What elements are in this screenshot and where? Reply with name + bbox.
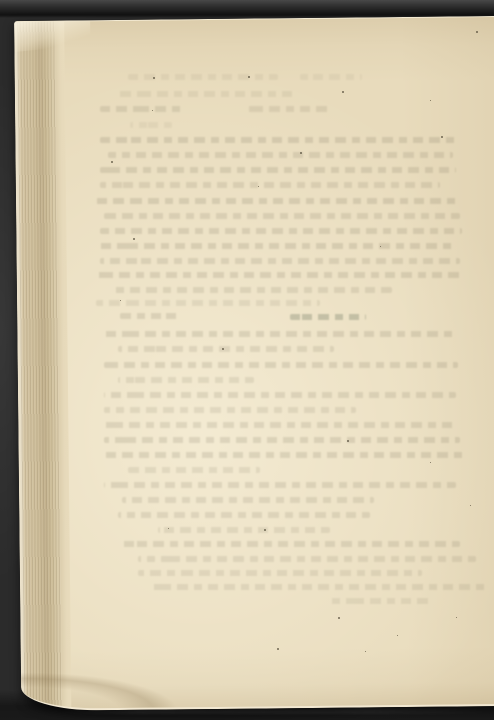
bottom-curl-shading bbox=[21, 667, 221, 709]
page-edge-striations bbox=[17, 22, 62, 711]
page-stack-fore-edge bbox=[14, 22, 71, 711]
paper-tone-shading bbox=[14, 17, 494, 709]
book-scan-photo bbox=[0, 0, 494, 720]
book-page bbox=[14, 16, 494, 711]
